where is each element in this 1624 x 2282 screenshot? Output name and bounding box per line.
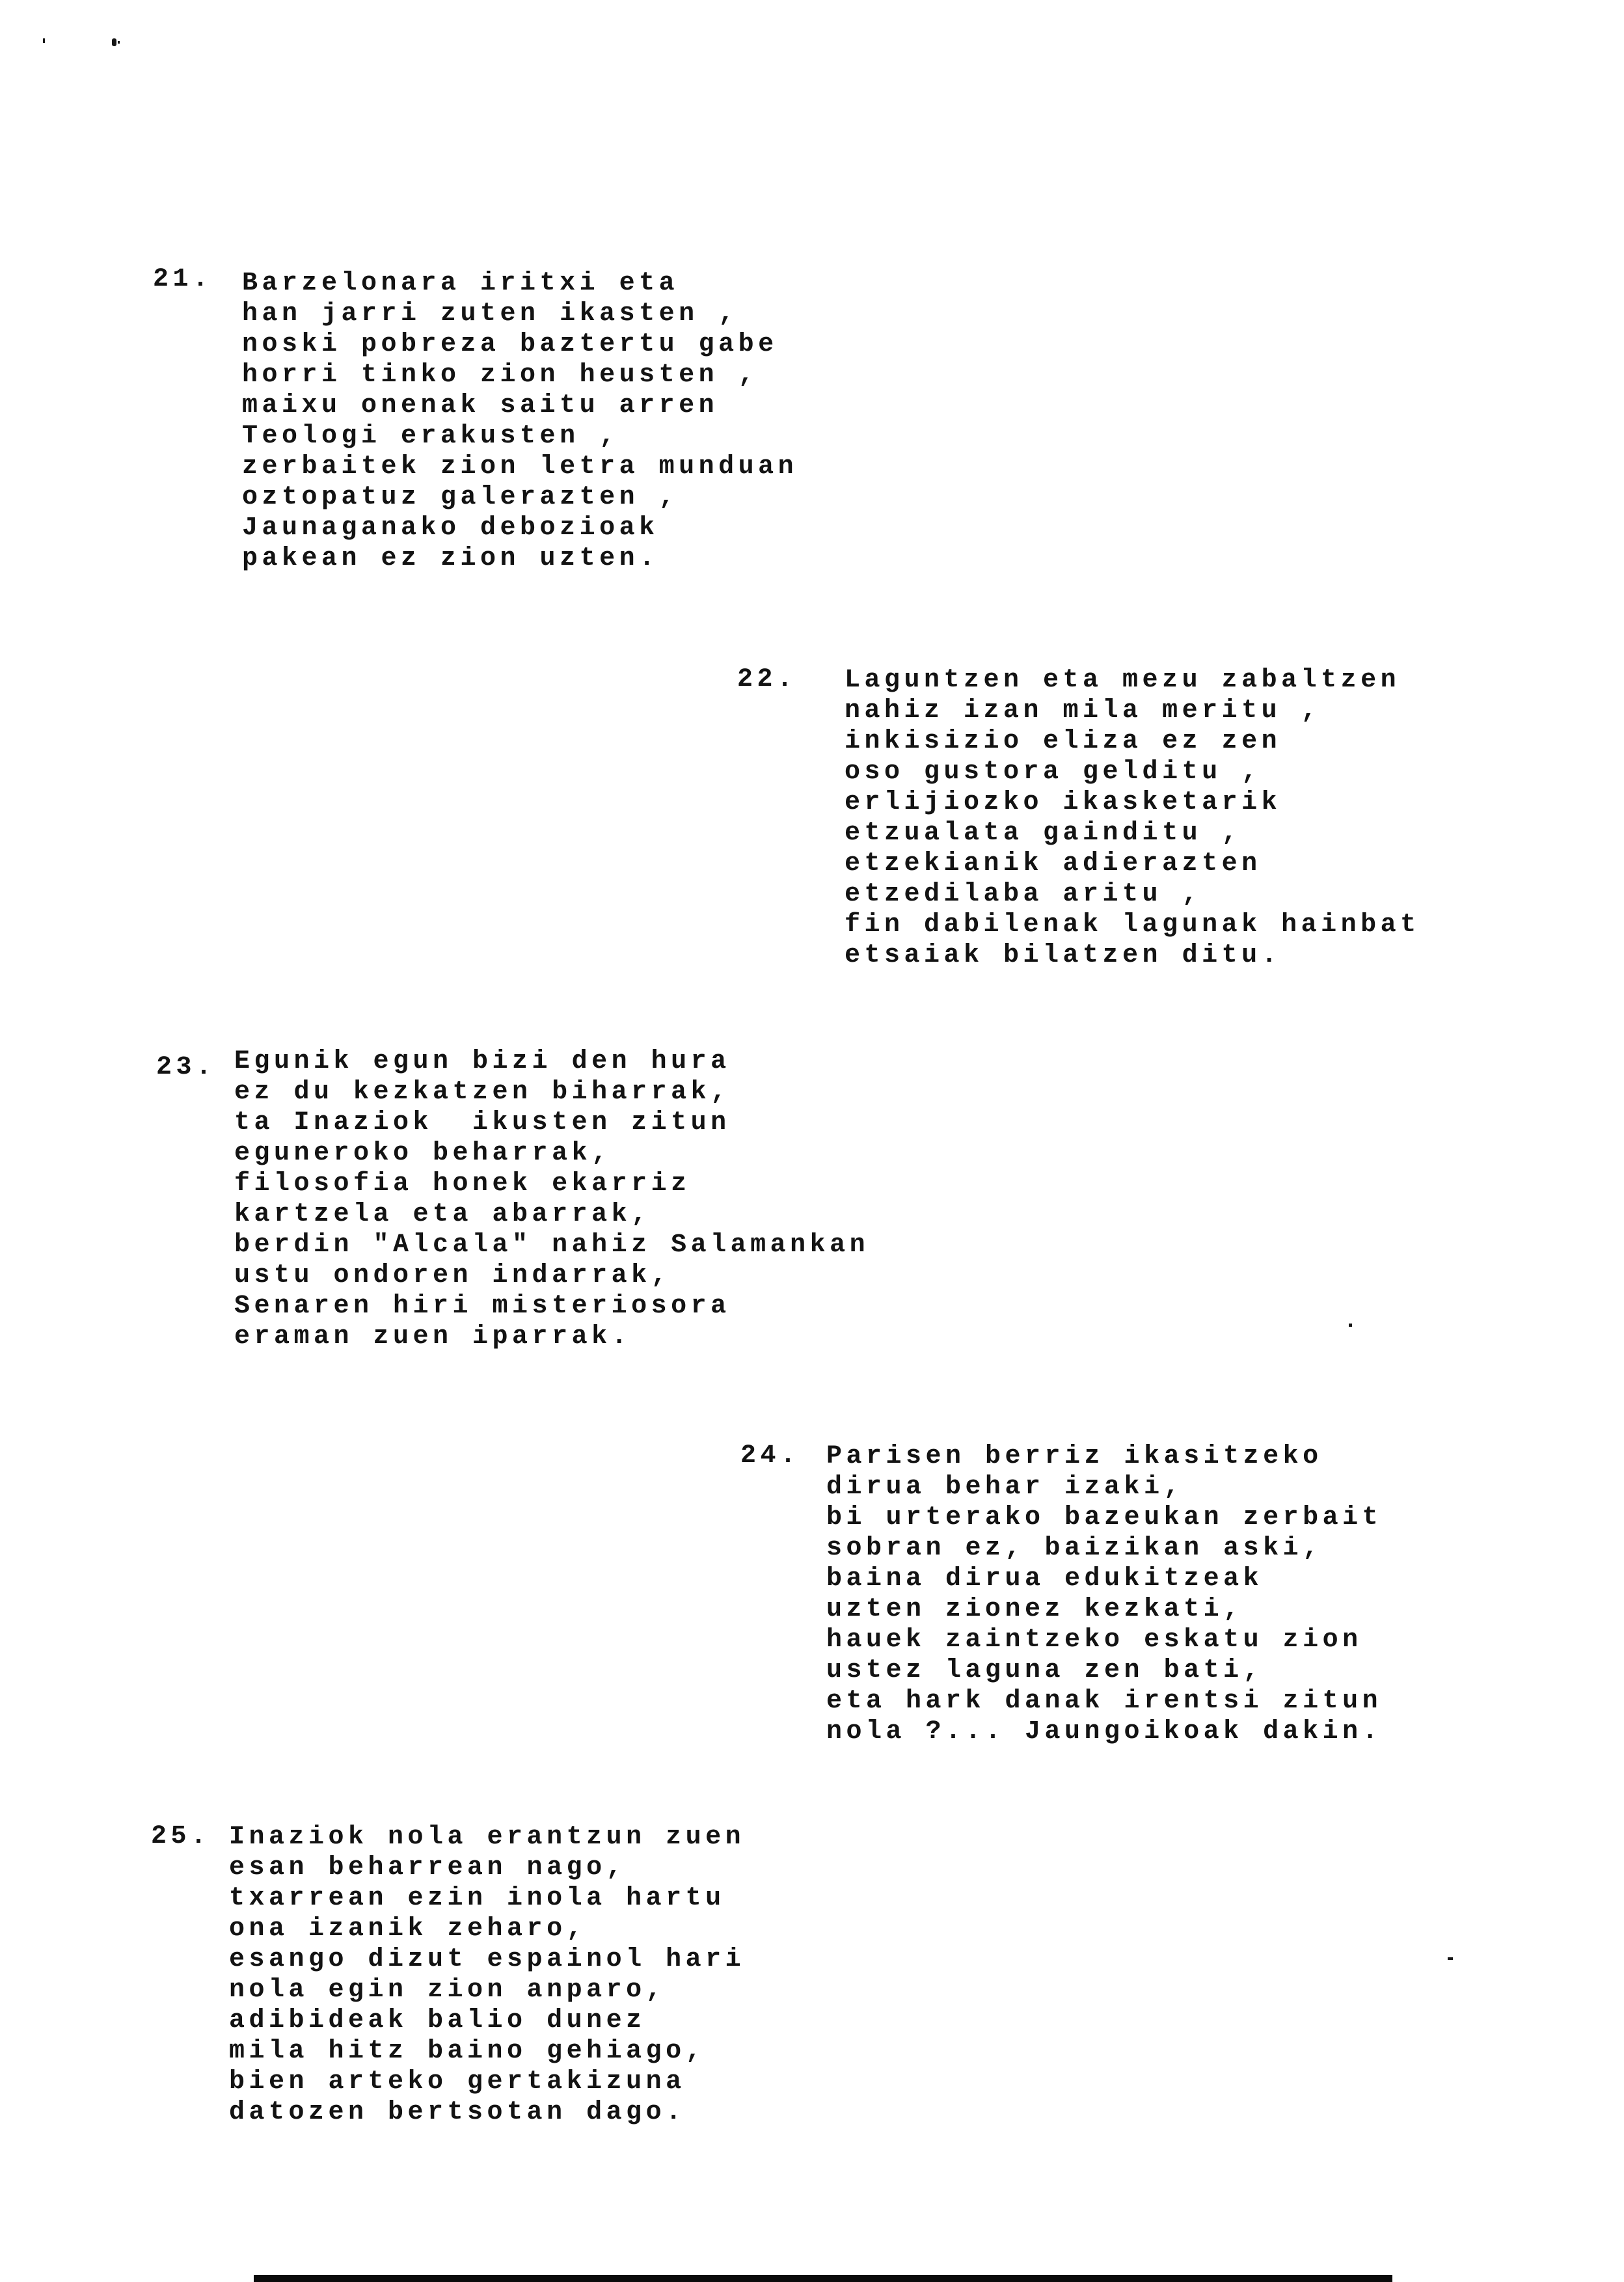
stanza-line: Barzelonara iritxi eta bbox=[242, 268, 798, 299]
stanza-21-number: 21. bbox=[153, 265, 213, 294]
stanza-line: dirua behar izaki, bbox=[826, 1472, 1382, 1502]
stanza-line: berdin "Alcala" nahiz Salamankan bbox=[234, 1230, 869, 1260]
stanza-21: Barzelonara iritxi eta han jarri zuten i… bbox=[242, 268, 798, 574]
stanza-line: ta Inaziok ikusten zitun bbox=[234, 1107, 869, 1138]
stanza-line: oztopatuz galerazten , bbox=[242, 482, 798, 513]
stanza-line: Senaren hiri misteriosora bbox=[234, 1291, 869, 1322]
stanza-line: Teologi erakusten , bbox=[242, 421, 798, 452]
stanza-line: eguneroko beharrak, bbox=[234, 1138, 869, 1169]
stanza-line: hauek zaintzeko eskatu zion bbox=[826, 1625, 1382, 1655]
stanza-line: filosofia honek ekarriz bbox=[234, 1169, 869, 1199]
ink-speck bbox=[112, 38, 116, 46]
stanza-line: etzedilaba aritu , bbox=[845, 879, 1420, 910]
stanza-line: inkisizio eliza ez zen bbox=[845, 726, 1420, 757]
stanza-23-number: 23. bbox=[156, 1053, 216, 1082]
stanza-line: fin dabilenak lagunak hainbat bbox=[845, 910, 1420, 940]
stanza-24-number: 24. bbox=[740, 1441, 800, 1471]
stanza-line: Egunik egun bizi den hura bbox=[234, 1046, 869, 1077]
stanza-line: Inaziok nola erantzun zuen bbox=[229, 1822, 745, 1853]
stanza-line: uzten zionez kezkati, bbox=[826, 1594, 1382, 1625]
stanza-line: nola egin zion anparo, bbox=[229, 1975, 745, 2005]
document-page: 21. Barzelonara iritxi eta han jarri zut… bbox=[0, 0, 1624, 2282]
stanza-line: horri tinko zion heusten , bbox=[242, 360, 798, 390]
stanza-line: ustu ondoren indarrak, bbox=[234, 1260, 869, 1291]
stanza-line: txarrean ezin inola hartu bbox=[229, 1883, 745, 1914]
stanza-line: etzualata gainditu , bbox=[845, 818, 1420, 849]
stanza-22: Laguntzen eta mezu zabaltzen nahiz izan … bbox=[845, 665, 1420, 971]
stanza-line: zerbaitek zion letra munduan bbox=[242, 452, 798, 482]
stanza-22-number: 22. bbox=[737, 665, 797, 694]
stanza-line: baina dirua edukitzeak bbox=[826, 1564, 1382, 1594]
stanza-line: Laguntzen eta mezu zabaltzen bbox=[845, 665, 1420, 696]
stanza-line: etsaiak bilatzen ditu. bbox=[845, 940, 1420, 971]
ink-speck bbox=[1349, 1324, 1352, 1327]
stanza-line: oso gustora gelditu , bbox=[845, 757, 1420, 787]
stanza-line: nola ?... Jaungoikoak dakin. bbox=[826, 1717, 1382, 1747]
stanza-23: Egunik egun bizi den hura ez du kezkatze… bbox=[234, 1046, 869, 1352]
stanza-line: nahiz izan mila meritu , bbox=[845, 696, 1420, 726]
scan-edge-bar bbox=[254, 2275, 1392, 2282]
stanza-line: datozen bertsotan dago. bbox=[229, 2097, 745, 2128]
stanza-line: esan beharrean nago, bbox=[229, 1853, 745, 1883]
stanza-line: eta hark danak irentsi zitun bbox=[826, 1686, 1382, 1717]
stanza-line: noski pobreza baztertu gabe bbox=[242, 329, 798, 360]
stanza-line: kartzela eta abarrak, bbox=[234, 1199, 869, 1230]
ink-speck bbox=[1448, 1957, 1453, 1960]
stanza-line: Parisen berriz ikasitzeko bbox=[826, 1441, 1382, 1472]
stanza-line: etzekianik adierazten bbox=[845, 849, 1420, 879]
stanza-25: Inaziok nola erantzun zuen esan beharrea… bbox=[229, 1822, 745, 2128]
stanza-line: Jaunaganako debozioak bbox=[242, 513, 798, 543]
stanza-line: pakean ez zion uzten. bbox=[242, 543, 798, 574]
stanza-line: erlijiozko ikasketarik bbox=[845, 787, 1420, 818]
ink-speck bbox=[118, 41, 120, 44]
stanza-line: esango dizut espainol hari bbox=[229, 1944, 745, 1975]
ink-speck bbox=[43, 38, 45, 43]
stanza-line: eraman zuen iparrak. bbox=[234, 1322, 869, 1352]
stanza-line: bien arteko gertakizuna bbox=[229, 2067, 745, 2097]
stanza-line: ez du kezkatzen biharrak, bbox=[234, 1077, 869, 1107]
stanza-line: han jarri zuten ikasten , bbox=[242, 299, 798, 329]
stanza-line: sobran ez, baizikan aski, bbox=[826, 1533, 1382, 1564]
stanza-25-number: 25. bbox=[151, 1822, 211, 1851]
stanza-line: bi urterako bazeukan zerbait bbox=[826, 1502, 1382, 1533]
stanza-line: ustez laguna zen bati, bbox=[826, 1655, 1382, 1686]
stanza-line: ona izanik zeharo, bbox=[229, 1914, 745, 1944]
stanza-24: Parisen berriz ikasitzeko dirua behar iz… bbox=[826, 1441, 1382, 1747]
stanza-line: adibideak balio dunez bbox=[229, 2005, 745, 2036]
stanza-line: mila hitz baino gehiago, bbox=[229, 2036, 745, 2067]
stanza-line: maixu onenak saitu arren bbox=[242, 390, 798, 421]
